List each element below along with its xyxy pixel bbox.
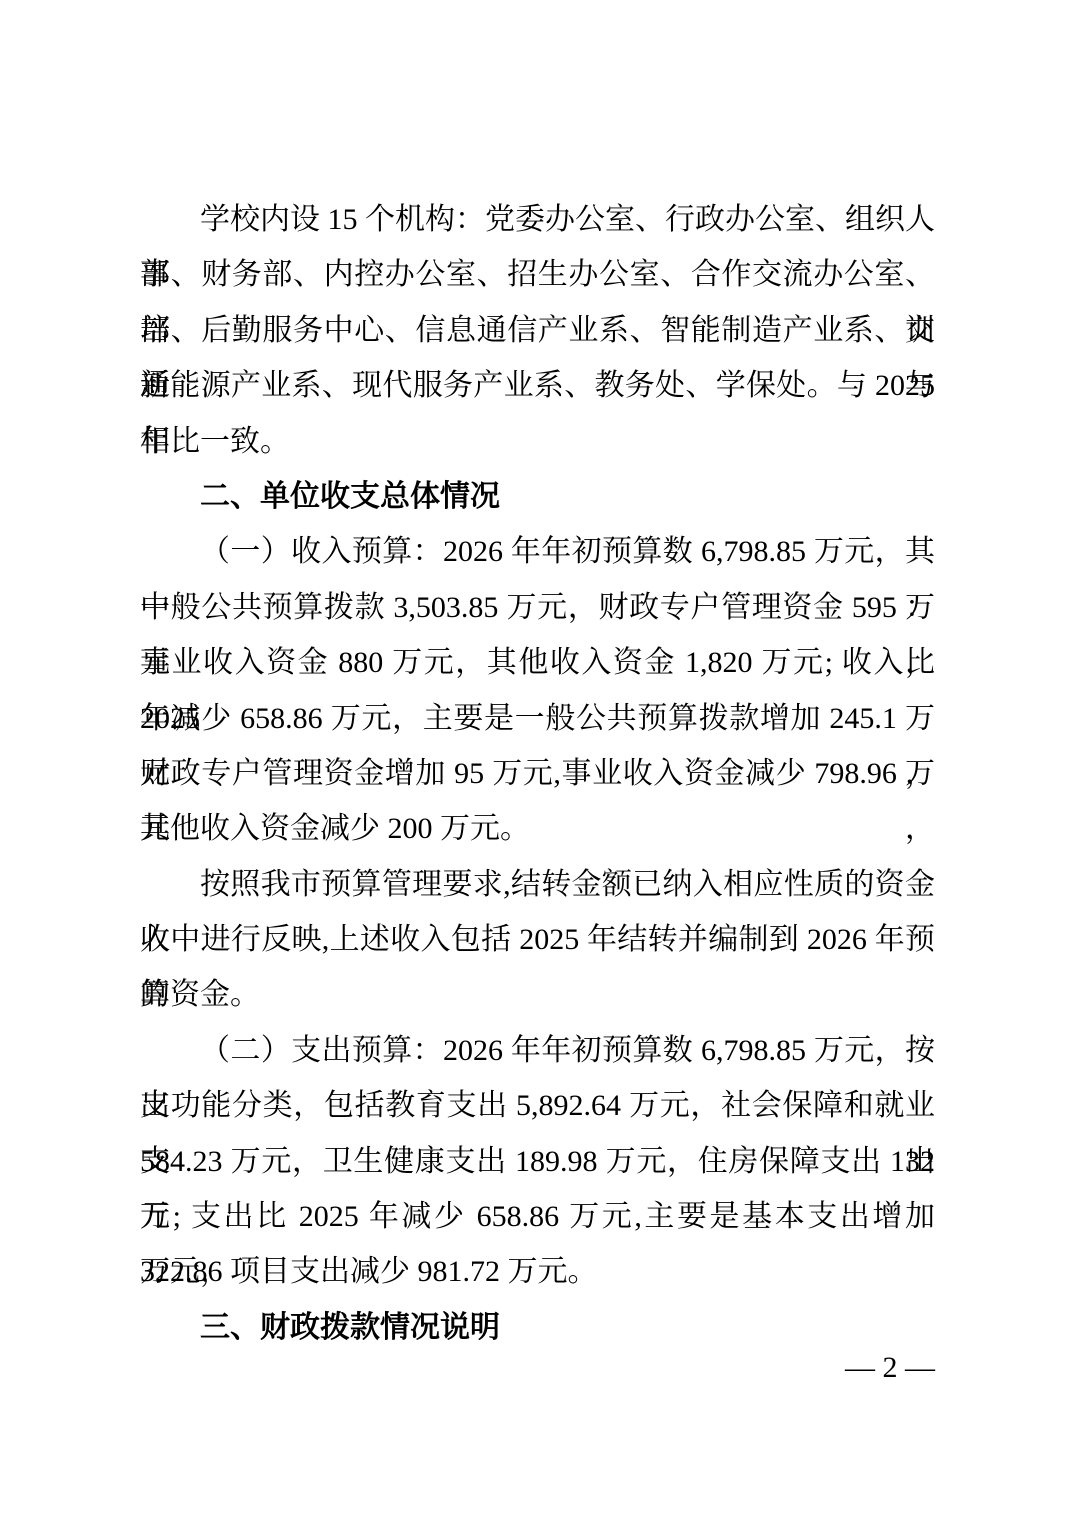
page-number: — 2 — xyxy=(845,1348,935,1388)
document-page: 学校内设 15 个机构：党委办公室、行政办公室、组织人事 部、财务部、内控办公室… xyxy=(0,0,1074,1520)
paragraph-line: 学校内设 15 个机构：党委办公室、行政办公室、组织人事 xyxy=(140,192,935,247)
paragraph-line: 新能源产业系、现代服务产业系、教务处、学保处。与 2025 年 xyxy=(140,358,935,413)
paragraph-line: 部、后勤服务中心、信息通信产业系、智能制造产业系、交通与 xyxy=(140,303,935,358)
paragraph-line: 部、财务部、内控办公室、招生办公室、合作交流办公室、培训 xyxy=(140,247,935,302)
paragraph-line: 相比一致。 xyxy=(140,414,935,469)
paragraph-line: 入中进行反映,上述收入包括 2025 年结转并编制到 2026 年预算 xyxy=(140,912,935,967)
paragraph-line: （一）收入预算：2026 年年初预算数 6,798.85 万元，其中： xyxy=(140,524,935,579)
paragraph-lead-label: （一）收入预算： xyxy=(200,534,443,569)
paragraph-line: 财政专户管理资金增加 95 万元,事业收入资金减少 798.96 万元， xyxy=(140,746,935,801)
paragraph-line: 元; 支出比 2025 年减少 658.86 万元,主要是基本支出增加 322.… xyxy=(140,1189,935,1244)
paragraph-line: 事业收入资金 880 万元，其他收入资金 1,820 万元; 收入比 2025 xyxy=(140,635,935,690)
section-heading-3: 三、财政拨款情况说明 xyxy=(140,1300,935,1355)
paragraph-line: 584.23 万元，卫生健康支出 189.98 万元，住房保障支出 132 万 xyxy=(140,1134,935,1189)
paragraph-line: （二）支出预算：2026 年年初预算数 6,798.85 万元，按支 xyxy=(140,1023,935,1078)
paragraph-line: 年减少 658.86 万元，主要是一般公共预算拨款增加 245.1 万元， xyxy=(140,691,935,746)
paragraph-line: 的资金。 xyxy=(140,967,935,1022)
document-text-block: 学校内设 15 个机构：党委办公室、行政办公室、组织人事 部、财务部、内控办公室… xyxy=(140,192,935,1355)
paragraph-lead-label: （二）支出预算： xyxy=(200,1033,443,1068)
paragraph-line: 按照我市预算管理要求,结转金额已纳入相应性质的资金收 xyxy=(140,857,935,912)
paragraph-line: 万元，项目支出减少 981.72 万元。 xyxy=(140,1244,935,1299)
section-heading-2: 二、单位收支总体情况 xyxy=(140,469,935,524)
paragraph-line: 一般公共预算拨款 3,503.85 万元，财政专户管理资金 595 万元， xyxy=(140,580,935,635)
paragraph-line: 出功能分类，包括教育支出 5,892.64 万元，社会保障和就业支出 xyxy=(140,1078,935,1133)
